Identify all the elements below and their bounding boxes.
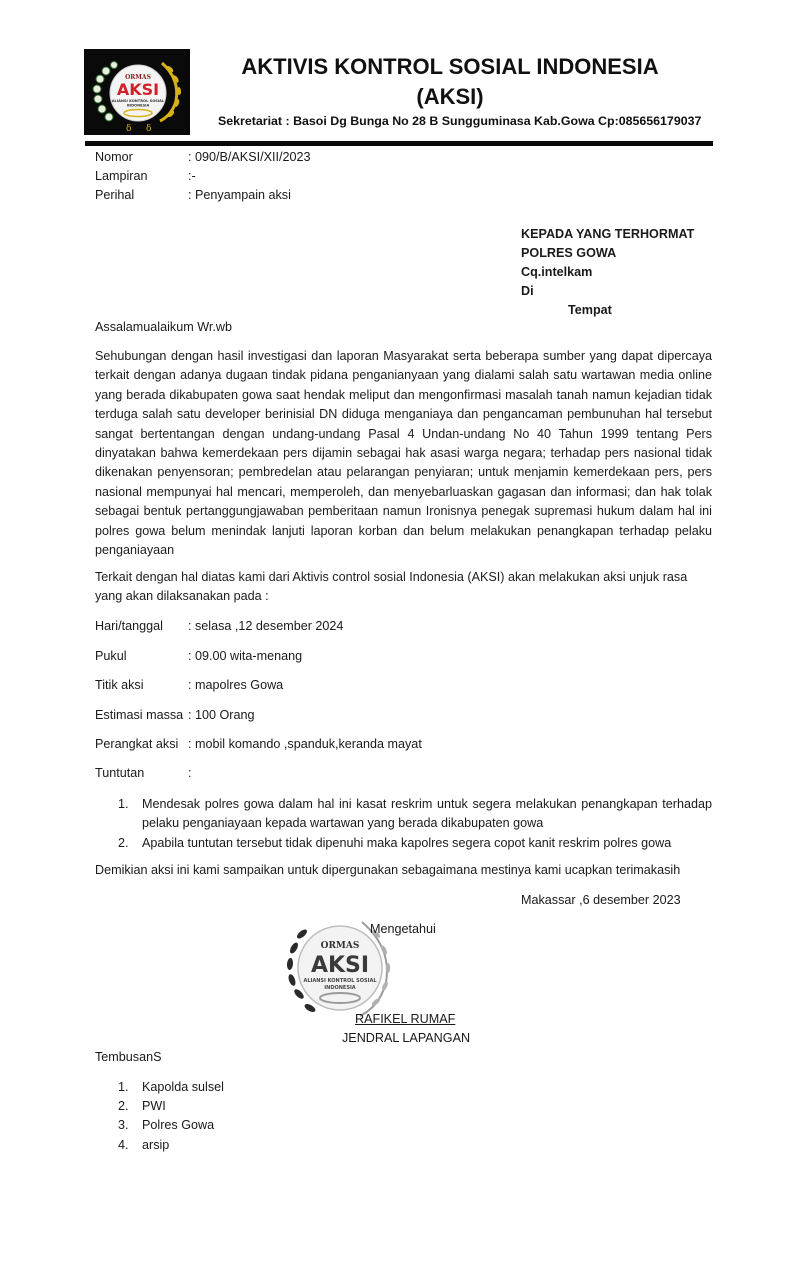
svg-text:AKSI: AKSI bbox=[117, 80, 159, 99]
recipient-attention: Cq.intelkam bbox=[521, 263, 694, 282]
detail-value: : 100 Orang bbox=[188, 708, 255, 722]
closing-statement: Demikian aksi ini kami sampaikan untuk d… bbox=[95, 863, 680, 877]
detail-label: Estimasi massa bbox=[95, 708, 188, 722]
signer-title: JENDRAL LAPANGAN bbox=[342, 1031, 470, 1045]
place-and-date: Makassar ,6 desember 2023 bbox=[521, 893, 681, 907]
demand-number: 1. bbox=[118, 795, 142, 834]
cc-number: 2. bbox=[118, 1097, 142, 1116]
cc-item: 3.Polres Gowa bbox=[118, 1116, 224, 1135]
detail-value: : selasa ,12 desember 2024 bbox=[188, 619, 343, 633]
svg-text:ALIANSI KONTROL SOSIAL: ALIANSI KONTROL SOSIAL bbox=[303, 978, 377, 984]
detail-value: : 09.00 wita-menang bbox=[188, 649, 302, 663]
svg-text:δ: δ bbox=[126, 124, 131, 134]
svg-text:ORMAS: ORMAS bbox=[321, 941, 360, 951]
cc-list: 1.Kapolda sulsel 2.PWI 3.Polres Gowa 4.a… bbox=[118, 1078, 224, 1155]
cc-text: Kapolda sulsel bbox=[142, 1080, 224, 1094]
recipient-place: Tempat bbox=[521, 301, 694, 320]
detail-label: Pukul bbox=[95, 649, 188, 663]
detail-row-time: Pukul: 09.00 wita-menang bbox=[95, 649, 302, 663]
greeting: Assalamualaikum Wr.wb bbox=[95, 320, 232, 334]
svg-text:ALIANSI KONTROL SOSIAL: ALIANSI KONTROL SOSIAL bbox=[112, 99, 165, 103]
meta-label: Perihal bbox=[95, 188, 188, 202]
detail-label: Tuntutan bbox=[95, 766, 188, 780]
svg-text:δ: δ bbox=[146, 124, 151, 134]
svg-text:AKSI: AKSI bbox=[311, 953, 369, 978]
organization-abbreviation: (AKSI) bbox=[200, 82, 700, 112]
demand-item: 1. Mendesak polres gowa dalam hal ini ka… bbox=[118, 795, 712, 834]
detail-row-mass: Estimasi massa: 100 Orang bbox=[95, 708, 255, 722]
cc-number: 1. bbox=[118, 1078, 142, 1097]
detail-label: Hari/tanggal bbox=[95, 619, 188, 633]
recipient-block: KEPADA YANG TERHORMAT POLRES GOWA Cq.int… bbox=[521, 225, 694, 320]
demand-text: Apabila tuntutan tersebut tidak dipenuhi… bbox=[142, 834, 712, 853]
cc-text: Polres Gowa bbox=[142, 1118, 214, 1132]
organization-address: Sekretariat : Basoi Dg Bunga No 28 B Sun… bbox=[218, 114, 701, 128]
cc-number: 3. bbox=[118, 1116, 142, 1135]
body-paragraph-1: Sehubungan dengan hasil investigasi dan … bbox=[95, 347, 712, 560]
meta-label: Lampiran bbox=[95, 169, 188, 183]
detail-label: Titik aksi bbox=[95, 678, 188, 692]
meta-lampiran: Lampiran:- bbox=[95, 169, 196, 183]
demand-item: 2. Apabila tuntutan tersebut tidak dipen… bbox=[118, 834, 712, 853]
body-paragraph-2: Terkait dengan hal diatas kami dari Akti… bbox=[95, 568, 712, 607]
cc-text: arsip bbox=[142, 1138, 169, 1152]
detail-row-demands: Tuntutan: bbox=[95, 766, 192, 780]
organization-name: AKTIVIS KONTROL SOSIAL INDONESIA bbox=[200, 52, 700, 82]
meta-value: : Penyampain aksi bbox=[188, 188, 291, 202]
cc-item: 1.Kapolda sulsel bbox=[118, 1078, 224, 1097]
meta-value: : 090/B/AKSI/XII/2023 bbox=[188, 150, 311, 164]
signer-name: RAFIKEL RUMAF bbox=[355, 1012, 455, 1026]
acknowledged-label: Mengetahui bbox=[370, 922, 436, 936]
svg-text:INDONESIA: INDONESIA bbox=[324, 985, 356, 991]
organization-logo: ORMAS AKSI ALIANSI KONTROL SOSIAL INDONE… bbox=[84, 49, 190, 135]
cc-text: PWI bbox=[142, 1099, 166, 1113]
meta-nomor: Nomor: 090/B/AKSI/XII/2023 bbox=[95, 150, 311, 164]
meta-label: Nomor bbox=[95, 150, 188, 164]
demand-text: Mendesak polres gowa dalam hal ini kasat… bbox=[142, 795, 712, 834]
meta-value: :- bbox=[188, 169, 196, 183]
detail-value: : mobil komando ,spanduk,keranda mayat bbox=[188, 737, 422, 751]
svg-text:INDONESIA: INDONESIA bbox=[127, 104, 150, 108]
meta-perihal: Perihal: Penyampain aksi bbox=[95, 188, 291, 202]
detail-value: : bbox=[188, 766, 192, 780]
detail-row-equipment: Perangkat aksi: mobil komando ,spanduk,k… bbox=[95, 737, 422, 751]
recipient-name: POLRES GOWA bbox=[521, 244, 694, 263]
cc-item: 2.PWI bbox=[118, 1097, 224, 1116]
cc-number: 4. bbox=[118, 1136, 142, 1155]
recipient-salutation: KEPADA YANG TERHORMAT bbox=[521, 225, 694, 244]
header-divider bbox=[85, 141, 713, 146]
recipient-at: Di bbox=[521, 282, 694, 301]
demands-list: 1. Mendesak polres gowa dalam hal ini ka… bbox=[118, 795, 712, 853]
detail-value: : mapolres Gowa bbox=[188, 678, 283, 692]
detail-row-date: Hari/tanggal: selasa ,12 desember 2024 bbox=[95, 619, 343, 633]
detail-row-location: Titik aksi: mapolres Gowa bbox=[95, 678, 283, 692]
cc-title: TembusanS bbox=[95, 1050, 162, 1064]
cc-item: 4.arsip bbox=[118, 1136, 224, 1155]
aksi-emblem-icon: ORMAS AKSI ALIANSI KONTROL SOSIAL INDONE… bbox=[84, 49, 190, 135]
detail-label: Perangkat aksi bbox=[95, 737, 188, 751]
demand-number: 2. bbox=[118, 834, 142, 853]
